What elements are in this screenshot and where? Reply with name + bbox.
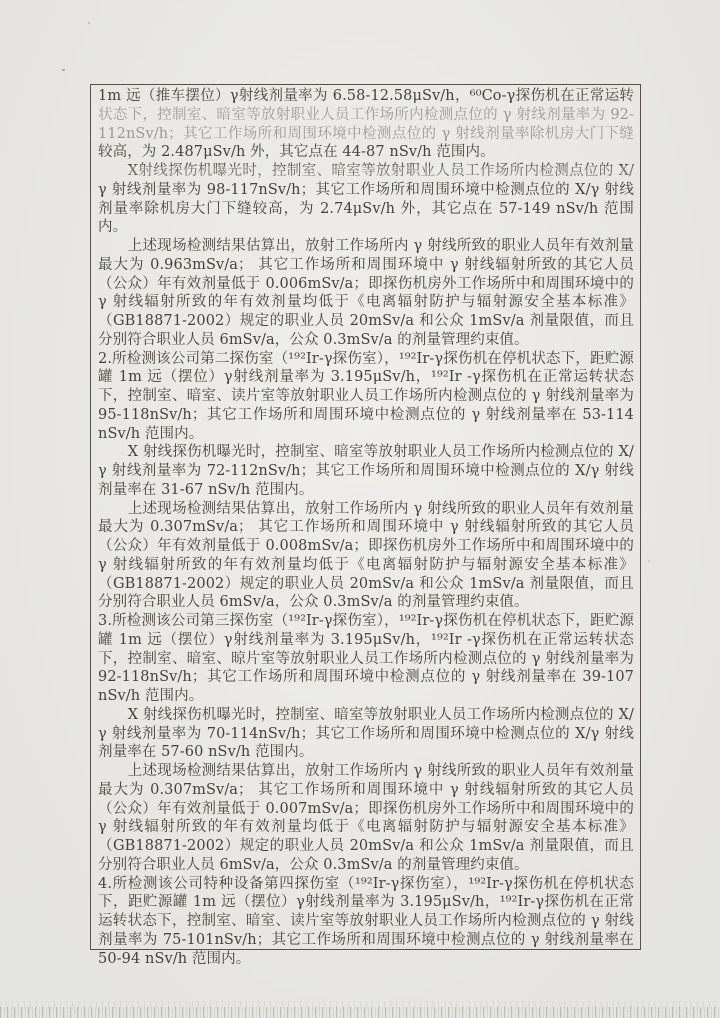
scan-noise-artifact <box>0 1007 720 1018</box>
report-table-cell: 1m 远（推车摆位）γ射线剂量率为 6.58-12.58μSv/h，⁶⁰Co-γ… <box>90 84 641 950</box>
report-paragraph: 上述现场检测结果估算出，放射工作场所内 γ 射线所致的职业人员年有效剂量最大为 … <box>98 762 634 875</box>
report-paragraph: X 射线探伤机曝光时，控制室、暗室等放射职业人员工作场所内检测点位的 X/γ 射… <box>98 706 634 762</box>
report-paragraph: 上述现场检测结果估算出，放射工作场所内 γ 射线所致的职业人员年有效剂量最大为 … <box>98 500 634 613</box>
scan-speck-artifact <box>648 560 650 562</box>
report-paragraph: 3.所检测该公司第三探伤室（¹⁹²Ir-γ探伤室），¹⁹²Ir-γ探伤机在停机状… <box>98 612 634 706</box>
report-paragraph: 2.所检测该公司第二探伤室（¹⁹²Ir-γ探伤室），¹⁹²Ir-γ探伤机在停机状… <box>98 350 634 444</box>
scan-speck-artifact <box>88 22 90 24</box>
report-paragraph: 上述现场检测结果估算出，放射工作场所内 γ 射线所致的职业人员年有效剂量最大为 … <box>98 237 634 350</box>
report-paragraph: 1m 远（推车摆位）γ射线剂量率为 6.58-12.58μSv/h，⁶⁰Co-γ… <box>98 87 634 162</box>
report-paragraph: X 射线探伤机曝光时，控制室、暗室等放射职业人员工作场所内检测点位的 X/γ 射… <box>98 443 634 499</box>
scanned-report-page: { "page": { "background_color": "#e9e8e4… <box>0 0 720 1018</box>
scan-speck-artifact <box>62 69 65 71</box>
report-paragraph: X射线探伤机曝光时，控制室、暗室等放射职业人员工作场所内检测点位的 X/γ 射线… <box>98 162 634 237</box>
report-paragraph: 4.所检测该公司特种设备第四探伤室（¹⁹²Ir-γ探伤室），¹⁹²Ir-γ探伤机… <box>98 875 634 969</box>
